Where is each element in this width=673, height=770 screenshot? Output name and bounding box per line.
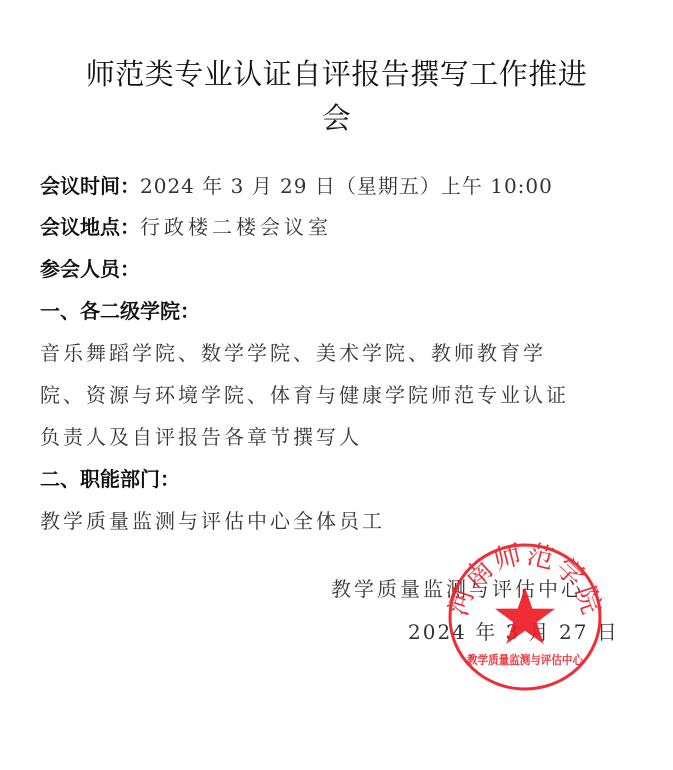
section1-heading-row: 一、各二级学院： <box>40 298 200 324</box>
section1-line-2: 院、资源与环境学院、体育与健康学院师范专业认证 <box>40 382 569 408</box>
title-line-2: 会 <box>30 96 643 140</box>
meeting-time-row: 会议时间：2024 年 3 月 29 日（星期五）上午 10:00 <box>40 173 553 199</box>
attendees-row: 参会人员： <box>40 256 140 282</box>
meeting-place-value: 行政楼二楼会议室 <box>140 215 332 239</box>
signature-date: 2024 年 3 月 27 日 <box>408 619 619 645</box>
section1-heading: 一、各二级学院： <box>40 299 200 323</box>
section2-heading-row: 二、职能部门： <box>40 466 180 492</box>
section1-line-3: 负责人及自评报告各章节撰写人 <box>40 424 362 450</box>
meeting-place-row: 会议地点：行政楼二楼会议室 <box>40 214 332 240</box>
official-seal-stamp: 河南师范学院 教学质量监测与评估中心 <box>447 541 603 693</box>
section2-line-1: 教学质量监测与评估中心全体员工 <box>40 508 385 534</box>
document-title: 师范类专业认证自评报告撰写工作推进 会 <box>30 52 643 140</box>
section1-line-1: 音乐舞蹈学院、数学学院、美术学院、教师教育学 <box>40 340 546 366</box>
meeting-place-label: 会议地点： <box>40 215 140 239</box>
title-line-1: 师范类专业认证自评报告撰写工作推进 <box>30 52 643 96</box>
meeting-time-value: 2024 年 3 月 29 日（星期五）上午 10:00 <box>140 174 553 198</box>
attendees-label: 参会人员： <box>40 257 140 281</box>
stamp-bottom-text: 教学质量监测与评估中心 <box>466 652 584 667</box>
section2-heading: 二、职能部门： <box>40 467 180 491</box>
signature-organization: 教学质量监测与评估中心 <box>331 576 584 602</box>
meeting-time-label: 会议时间： <box>40 174 140 198</box>
document-page: 师范类专业认证自评报告撰写工作推进 会 会议时间：2024 年 3 月 29 日… <box>0 0 673 770</box>
